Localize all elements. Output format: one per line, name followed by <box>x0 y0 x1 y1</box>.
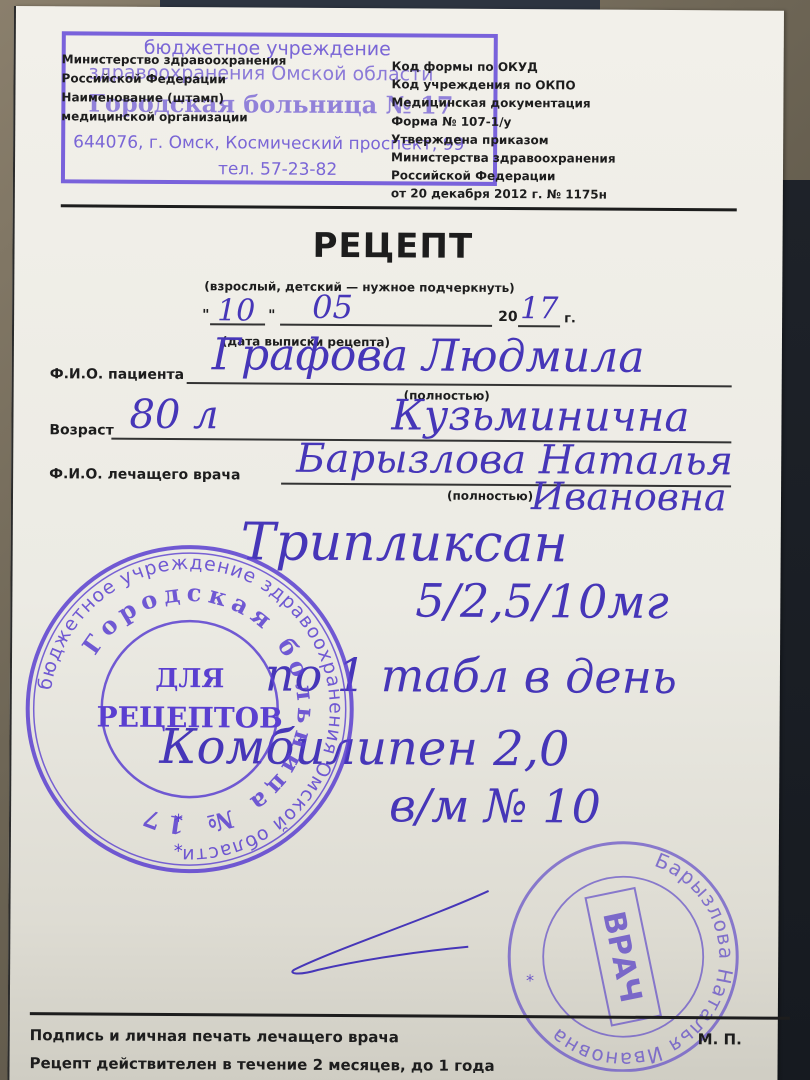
date-quote-open: " <box>202 307 209 323</box>
header-right-line: Форма № 107-1/у <box>391 112 616 132</box>
header-right-line: от 20 декабря 2012 г. № 1175н <box>391 185 616 205</box>
form-title: РЕЦЕПТ <box>312 226 473 267</box>
mp-label: М. П. <box>698 1030 742 1048</box>
header-divider <box>61 204 737 211</box>
header-left-line: Российской Федерации <box>61 69 286 89</box>
date-month: 05 <box>312 288 353 326</box>
signature-label: Подпись и личная печать лечащего врача <box>30 1026 399 1046</box>
patient-label: Ф.И.О. пациента <box>50 366 184 383</box>
header-right-line: Код учреждения по ОКПО <box>391 76 616 96</box>
age-label: Возраст <box>49 422 113 438</box>
rx-instruction-2: в/м № 10 <box>389 778 601 833</box>
doctor-patronymic: Ивановна <box>531 474 727 519</box>
doctor-full-caption: (полностью) <box>447 489 533 504</box>
stamp-phone: тел. 57-23-82 <box>218 159 337 180</box>
age-value: 80 л <box>129 392 218 439</box>
date-year-suffix: 17 <box>520 291 558 326</box>
header-right-line: Медицинская документация <box>391 94 616 114</box>
header-right-line: Код формы по ОКУД <box>392 57 617 77</box>
header-left-block: Министерство здравоохранения Российской … <box>61 50 286 127</box>
doctor-signature <box>278 888 499 979</box>
svg-text:*: * <box>174 841 183 862</box>
patient-patronymic: Кузьминична <box>391 390 689 441</box>
svg-text:*: * <box>174 811 183 832</box>
patient-line <box>187 382 732 387</box>
doctor-label: Ф.И.О. лечащего врача <box>49 466 240 483</box>
header-right-line: Утверждена приказом <box>391 130 616 150</box>
date-quote-close: " <box>268 308 275 324</box>
rx-dose-1: 5/2,5/10мг <box>415 573 669 629</box>
round-stamp-organization: бюджетное учреждение здравоохранения Омс… <box>14 536 366 883</box>
header-right-block: Код формы по ОКУД Код учреждения по ОКПО… <box>391 57 616 204</box>
prescription-form: бюджетное учреждение здравоохранения Омс… <box>7 6 784 1080</box>
header-left-line: Наименование (штамп) <box>61 88 286 108</box>
header-left-line: Министерство здравоохранения <box>62 50 287 70</box>
svg-text:*: * <box>526 971 534 990</box>
date-day: 10 <box>217 293 255 328</box>
round-stamp-center-1: ДЛЯ <box>155 664 224 694</box>
header-right-line: Министерства здравоохранения <box>391 148 616 168</box>
header-right-line: Российской Федерации <box>391 167 616 187</box>
paper-edge <box>7 6 16 1080</box>
doctor-stamp-center: ВРАЧ <box>595 908 648 1005</box>
patient-name: Графова Людмила <box>212 329 645 383</box>
date-year-prefix: 20 <box>498 309 518 325</box>
date-year-unit: г. <box>564 311 576 326</box>
round-stamp-center-2: РЕЦЕПТОВ <box>96 701 282 735</box>
header-left-line: медицинской организации <box>61 107 286 127</box>
validity-note: Рецепт действителен в течение 2 месяцев,… <box>29 1054 494 1075</box>
